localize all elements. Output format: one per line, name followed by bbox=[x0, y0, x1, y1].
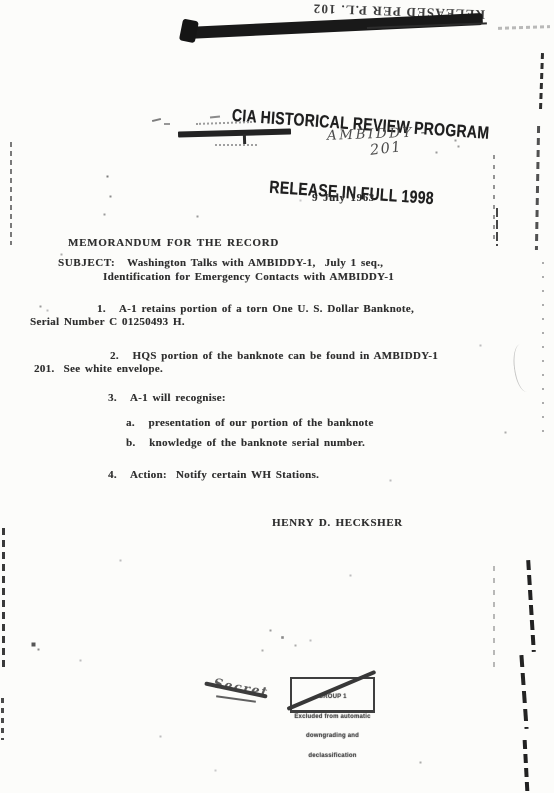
paragraph-1-line-2: Serial Number C 01250493 H. bbox=[30, 316, 185, 329]
paragraph-4: 4. Action: Notify certain WH Stations. bbox=[108, 469, 319, 482]
list-item-a: a. presentation of our portion of the ba… bbox=[126, 417, 374, 430]
scan-edge-artifact bbox=[526, 560, 535, 652]
pen-mark bbox=[164, 123, 170, 125]
subject-line2: Identification for Emergency Contacts wi… bbox=[103, 271, 394, 284]
pen-mark bbox=[152, 118, 161, 122]
scan-edge-artifact bbox=[542, 262, 544, 432]
scan-edge-artifact bbox=[493, 155, 495, 243]
crossed-stamp-tick bbox=[243, 134, 246, 144]
classification-stamp-text: GROUP 1 Excluded from automatic downgrad… bbox=[292, 679, 373, 772]
scan-edge-artifact bbox=[493, 566, 495, 671]
pen-mark bbox=[210, 115, 220, 118]
paragraph-2-line-2: 201. See white envelope. bbox=[34, 363, 163, 376]
scan-edge-artifact bbox=[2, 528, 5, 668]
memo-date: 9 July 1963 bbox=[312, 192, 375, 205]
scan-edge-artifact bbox=[1, 698, 4, 740]
scan-noise-speckles bbox=[0, 0, 1, 1]
scan-edge-artifact bbox=[535, 126, 540, 250]
classification-stamp-line3: downgrading and bbox=[292, 733, 373, 740]
classification-group-stamp: GROUP 1 Excluded from automatic downgrad… bbox=[290, 677, 375, 713]
scanned-memo-page: RELEASED PER P.L. 102 CIA HISTORICAL REV… bbox=[0, 0, 554, 793]
scan-edge-artifact bbox=[496, 208, 498, 246]
cia-review-stamp: CIA HISTORICAL REVIEW PROGRAM RELEASE IN… bbox=[223, 58, 485, 259]
list-item-b: b. knowledge of the banknote serial numb… bbox=[126, 437, 365, 450]
classification-stamp-line2: Excluded from automatic bbox=[292, 714, 373, 721]
crossed-stamp-faint-text bbox=[215, 144, 257, 146]
paragraph-2-line-1: 2. HQS portion of the banknote can be fo… bbox=[110, 350, 438, 363]
signature-name: HENRY D. HECKSHER bbox=[272, 517, 403, 530]
memo-heading: MEMORANDUM FOR THE RECORD bbox=[68, 237, 279, 250]
paragraph-3: 3. A-1 will recognise: bbox=[108, 392, 226, 405]
scan-smudge bbox=[498, 25, 550, 30]
scan-edge-artifact bbox=[523, 740, 529, 792]
paragraph-1-line-1: 1. A-1 retains portion of a torn One U. … bbox=[97, 303, 414, 316]
scan-edge-artifact bbox=[511, 343, 536, 393]
scan-edge-artifact bbox=[539, 53, 543, 110]
subject-label: SUBJECT: bbox=[58, 257, 115, 270]
classification-stamp-line4: declassification bbox=[292, 753, 373, 760]
scan-edge-artifact bbox=[519, 655, 528, 729]
scan-edge-artifact bbox=[10, 142, 12, 245]
subject-line1: Washington Talks with AMBIDDY-1, July 1 … bbox=[127, 257, 383, 270]
